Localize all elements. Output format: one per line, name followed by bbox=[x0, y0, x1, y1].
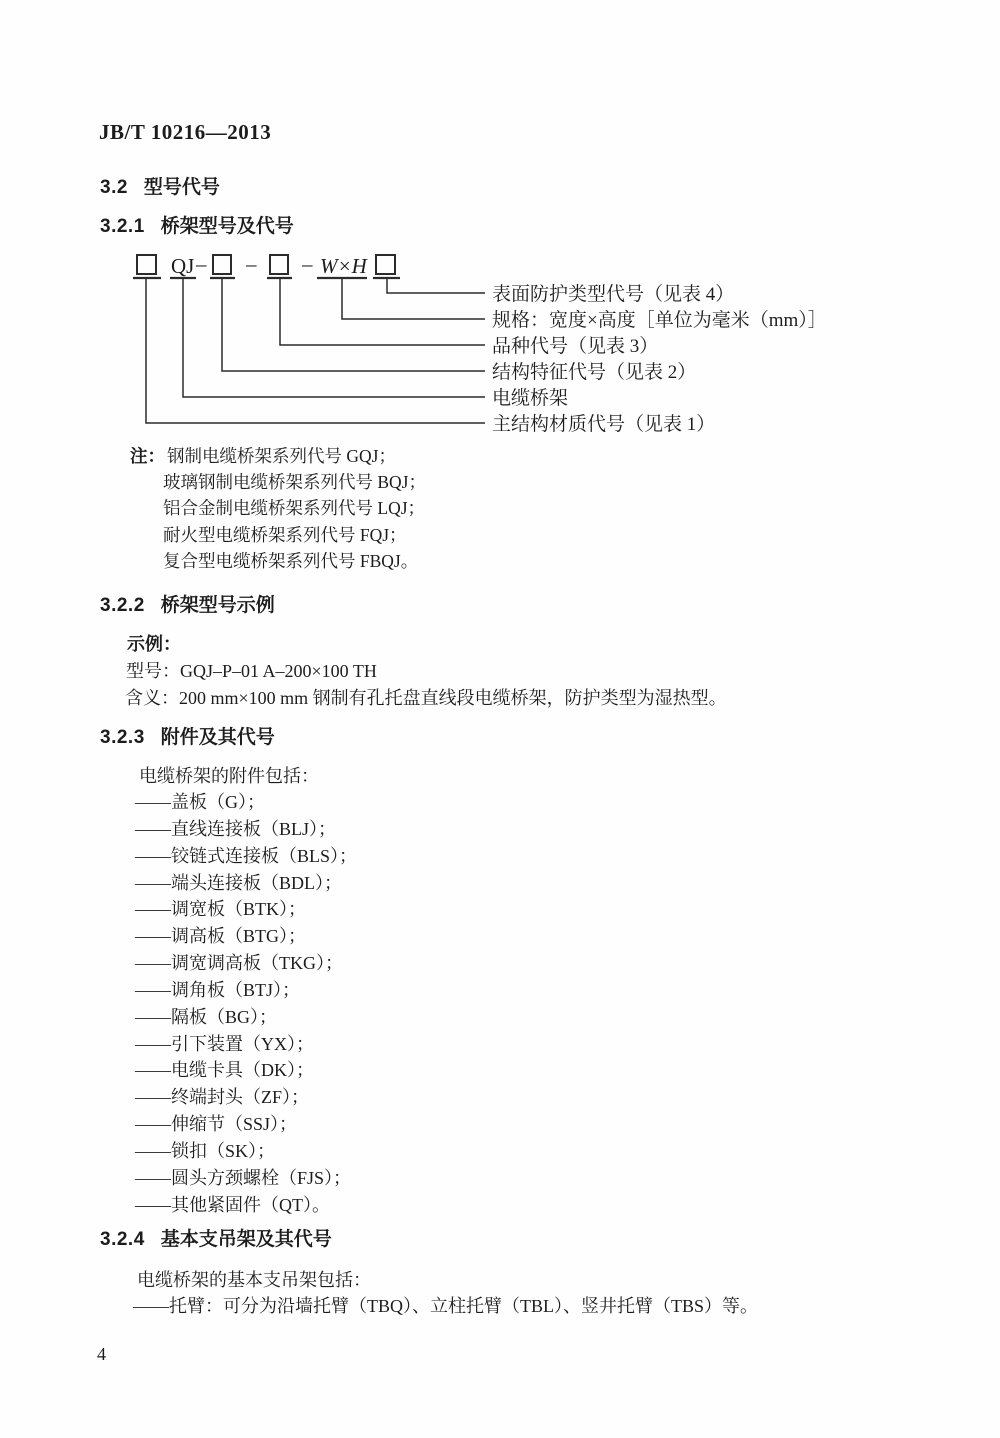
note-line: 注：钢制电缆桥架系列代号 GQJ； bbox=[130, 443, 426, 469]
document-page: JB/T 10216—2013 3.2型号代号 3.2.1桥架型号及代号 QJ … bbox=[0, 0, 1000, 1438]
diagram-label-protection: 表面防护类型代号（见表 4） bbox=[492, 283, 734, 305]
supports-intro: 电缆桥架的基本支吊架包括： bbox=[137, 1266, 371, 1292]
list-item: ——隔板（BG）； bbox=[135, 1004, 357, 1031]
section-heading-3-2-4: 3.2.4基本支吊架及其代号 bbox=[100, 1224, 332, 1251]
list-item: ——伸缩节（SSJ）； bbox=[135, 1111, 357, 1138]
code-box-material bbox=[137, 255, 156, 274]
list-item: ——终端封头（ZF）； bbox=[135, 1084, 357, 1111]
model-code-diagram: QJ – – – W×H 表面防护类型代号（见表 4） 规格：宽度×高度［单位为… bbox=[130, 248, 920, 444]
diagram-label-spec: 规格：宽度×高度［单位为毫米（mm）］ bbox=[492, 309, 827, 331]
dash-icon: – bbox=[301, 252, 313, 276]
connector-line bbox=[280, 278, 485, 345]
series-code-note: 注：钢制电缆桥架系列代号 GQJ； 玻璃钢制电缆桥架系列代号 BQJ； 铝合金制… bbox=[130, 443, 426, 574]
diagram-label-variety: 品种代号（见表 3） bbox=[492, 335, 658, 357]
code-qj: QJ bbox=[171, 254, 194, 278]
diagram-label-material: 主结构材质代号（见表 1） bbox=[492, 413, 715, 435]
section-heading-3-2-3: 3.2.3附件及其代号 bbox=[100, 722, 275, 749]
section-number: 3.2.3 bbox=[100, 727, 145, 748]
section-title: 桥架型号示例 bbox=[161, 595, 275, 616]
list-item: ——电缆卡具（DK）； bbox=[135, 1057, 357, 1084]
list-item: ——调宽板（BTK）； bbox=[135, 896, 357, 923]
connector-line bbox=[387, 278, 485, 293]
code-box-variety bbox=[270, 255, 288, 274]
section-heading-3-2-2: 3.2.2桥架型号示例 bbox=[100, 590, 275, 617]
note-line: 耐火型电缆桥架系列代号 FQJ； bbox=[130, 522, 426, 548]
connector-line bbox=[183, 278, 485, 397]
section-title: 附件及其代号 bbox=[161, 727, 275, 748]
example-intro: 示例： bbox=[127, 630, 181, 656]
list-item: ——盖板（G）； bbox=[135, 789, 357, 816]
note-line: 铝合金制电缆桥架系列代号 LQJ； bbox=[130, 495, 426, 521]
dash-icon: – bbox=[195, 252, 207, 276]
section-heading-3-2: 3.2型号代号 bbox=[100, 172, 220, 199]
list-item: ——引下装置（YX）； bbox=[135, 1031, 357, 1058]
list-item: ——铰链式连接板（BLS）； bbox=[135, 843, 357, 870]
section-title: 桥架型号及代号 bbox=[161, 216, 294, 237]
section-number: 3.2.1 bbox=[100, 216, 145, 237]
page-number: 4 bbox=[97, 1344, 106, 1365]
dash-icon: – bbox=[245, 252, 257, 276]
section-title: 型号代号 bbox=[144, 177, 220, 198]
note-line: 玻璃钢制电缆桥架系列代号 BQJ； bbox=[130, 469, 426, 495]
section-heading-3-2-1: 3.2.1桥架型号及代号 bbox=[100, 211, 294, 238]
connector-line bbox=[342, 278, 485, 319]
list-item: ——调高板（BTG）； bbox=[135, 923, 357, 950]
list-item: ——其他紧固件（QT）。 bbox=[135, 1192, 357, 1219]
code-box-structure bbox=[213, 255, 231, 274]
code-box-protection bbox=[376, 255, 395, 274]
section-number: 3.2.2 bbox=[100, 595, 145, 616]
example-model: 型号：GQJ–P–01 A–200×100 TH bbox=[126, 657, 377, 683]
list-item: ——调角板（BTJ）； bbox=[135, 977, 357, 1004]
diagram-label-structure: 结构特征代号（见表 2） bbox=[492, 361, 696, 383]
list-item: ——锁扣（SK）； bbox=[135, 1138, 357, 1165]
list-item: ——圆头方颈螺栓（FJS）； bbox=[135, 1165, 357, 1192]
section-number: 3.2 bbox=[100, 177, 128, 198]
section-number: 3.2.4 bbox=[100, 1229, 145, 1250]
note-line: 复合型电缆桥架系列代号 FBQJ。 bbox=[130, 548, 426, 574]
standard-number: JB/T 10216—2013 bbox=[99, 120, 271, 145]
section-title: 基本支吊架及其代号 bbox=[161, 1229, 332, 1250]
list-item: ——端头连接板（BDL）； bbox=[135, 870, 357, 897]
connector-line bbox=[222, 278, 485, 371]
accessories-intro: 电缆桥架的附件包括： bbox=[139, 762, 319, 788]
list-item: ——直线连接板（BLJ）； bbox=[135, 816, 357, 843]
connector-line bbox=[146, 278, 485, 423]
note-label: 注： bbox=[130, 446, 165, 466]
accessories-list: ——盖板（G）； ——直线连接板（BLJ）； ——铰链式连接板（BLS）； ——… bbox=[135, 789, 357, 1219]
diagram-label-tray: 电缆桥架 bbox=[492, 387, 568, 409]
list-item: ——托臂：可分为沿墙托臂（TBQ）、立柱托臂（TBL）、竖井托臂（TBS）等。 bbox=[133, 1292, 758, 1318]
example-meaning: 含义：200 mm×100 mm 钢制有孔托盘直线段电缆桥架，防护类型为湿热型。 bbox=[125, 684, 727, 710]
list-item: ——调宽调高板（TKG）； bbox=[135, 950, 357, 977]
code-spec: W×H bbox=[320, 254, 369, 278]
